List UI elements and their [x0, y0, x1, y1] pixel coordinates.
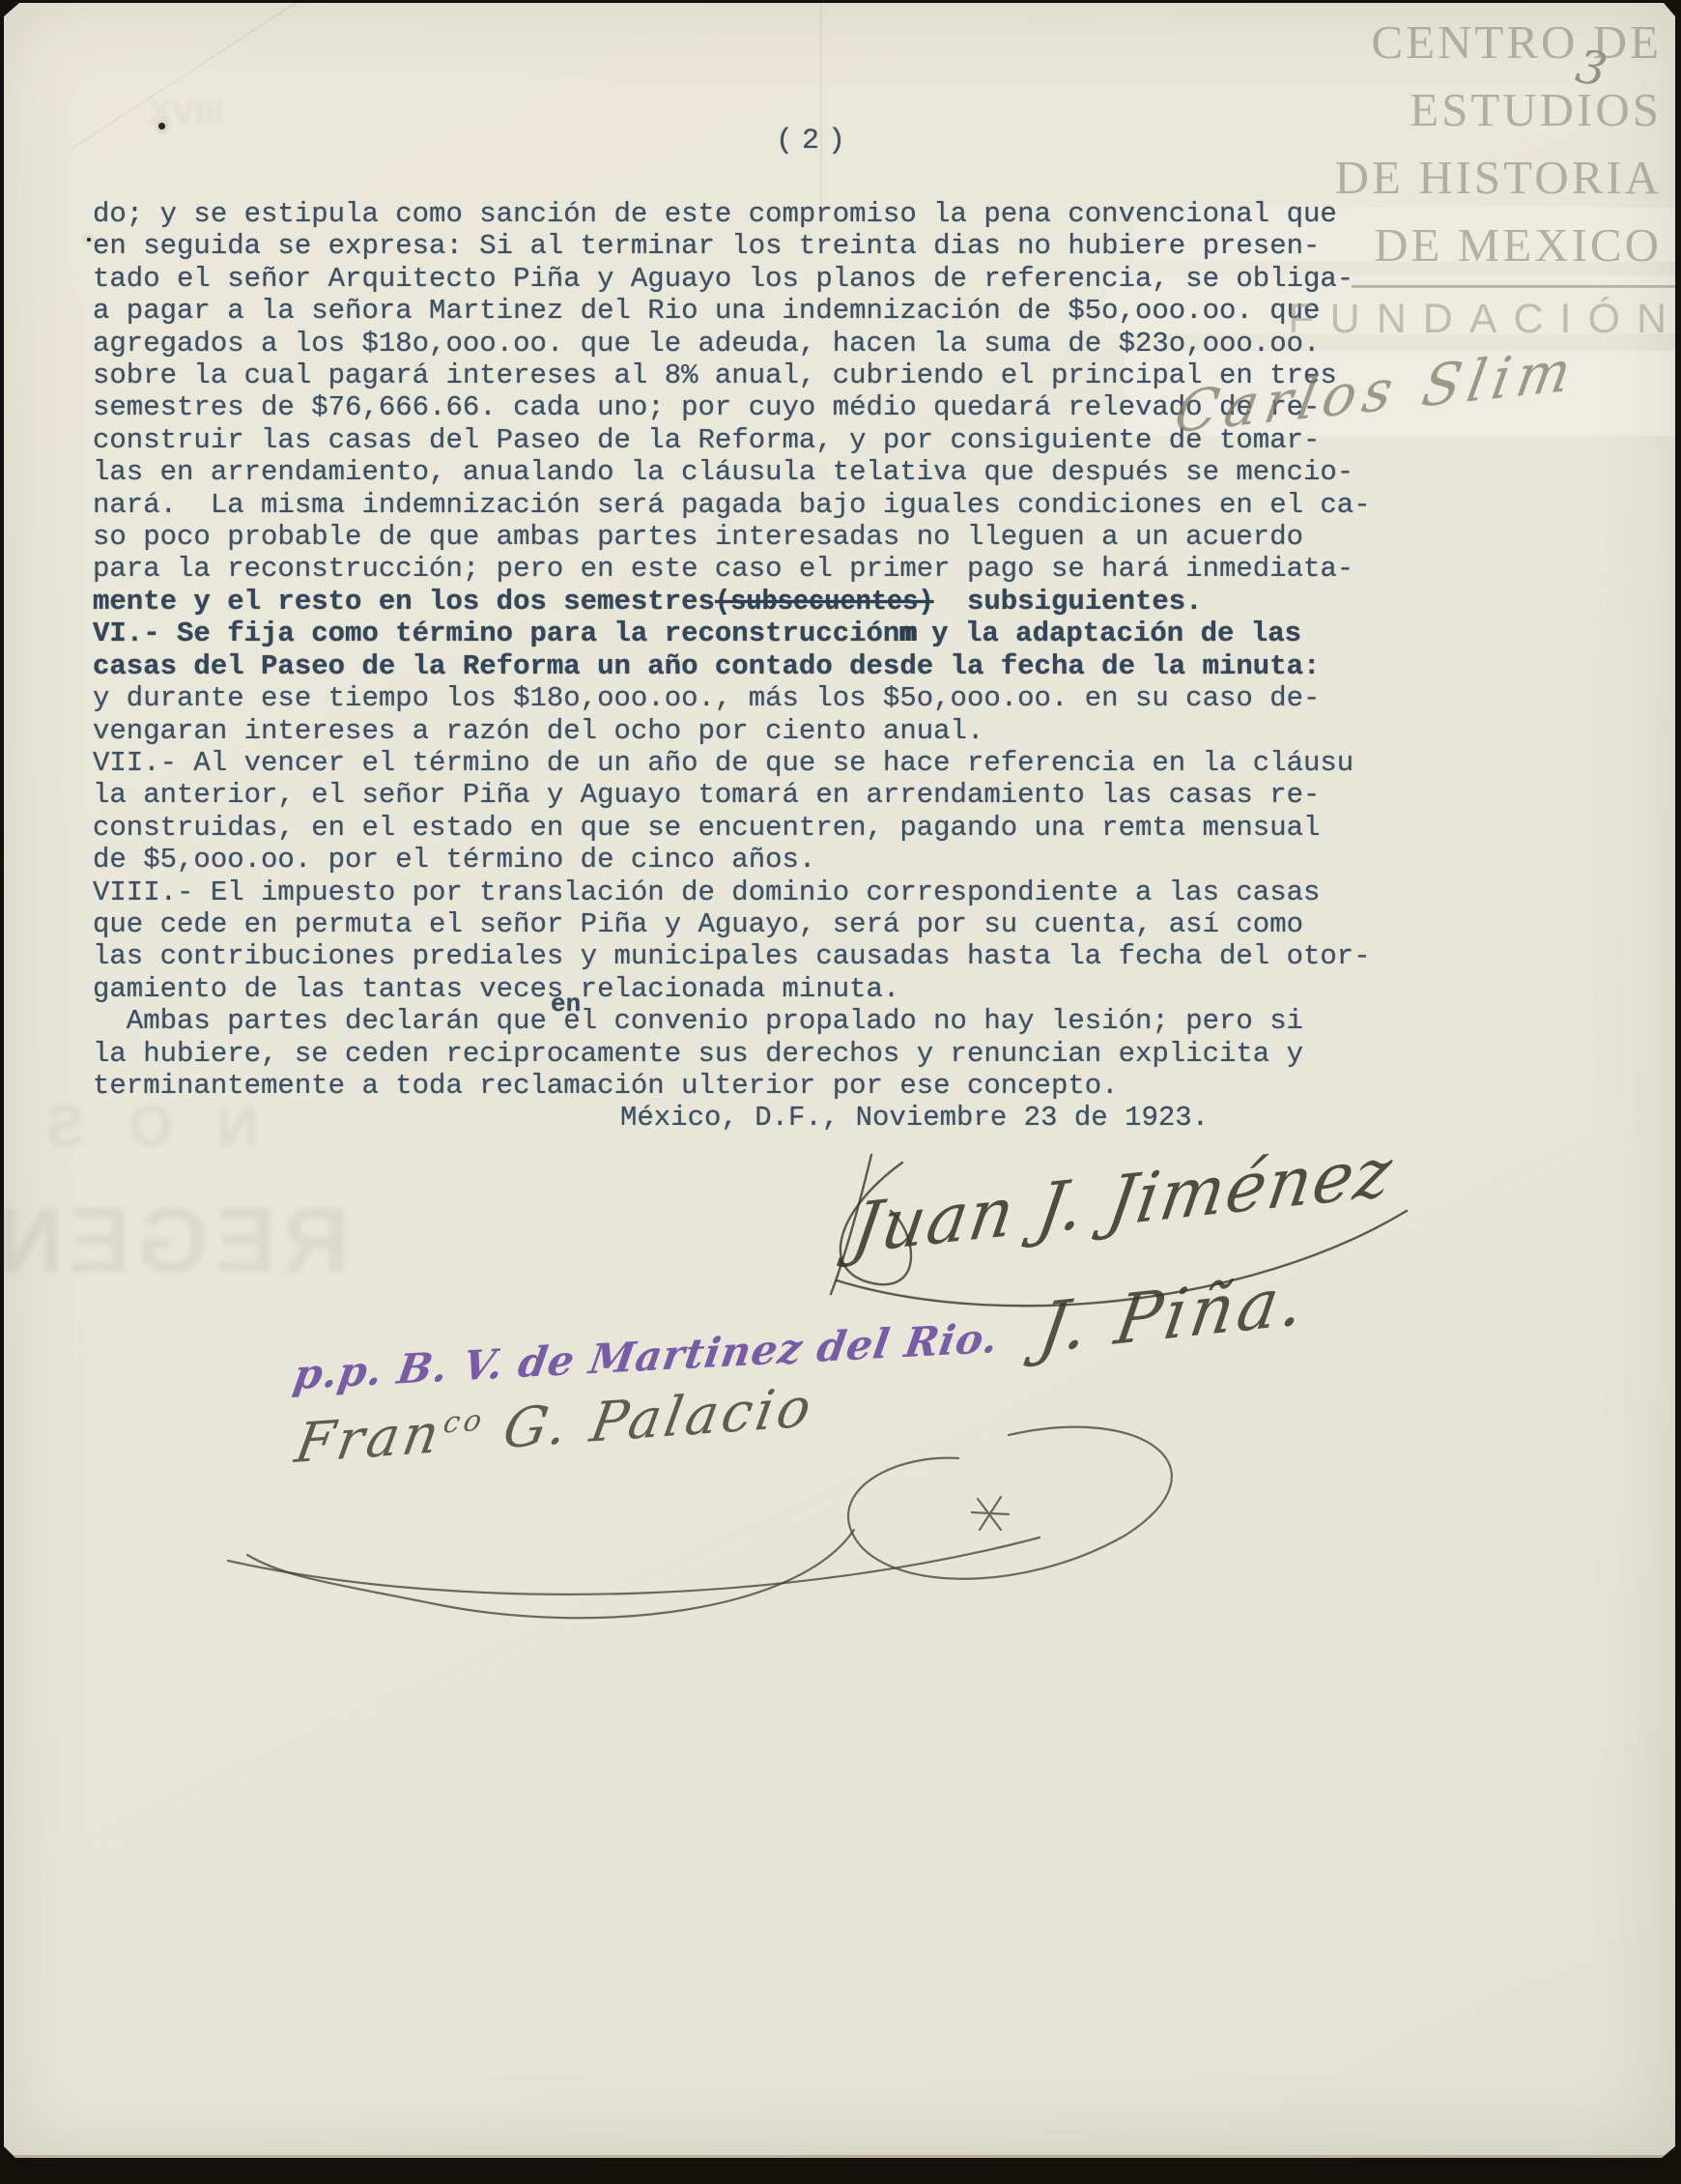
typewritten-line: la anterior, el señor Piña y Aguayo toma…: [93, 779, 1371, 811]
typewritten-line: so poco probable de que ambas partes int…: [93, 521, 1371, 553]
dateline: México, D.F., Noviembre 23 de 1923.: [93, 1102, 1371, 1134]
typewritten-line: VII.- Al vencer el término de un año de …: [93, 747, 1371, 779]
typewritten-line: construidas, en el estado en que se encu…: [93, 812, 1371, 844]
typewritten-line: la hubiere, se ceden reciprocamente sus …: [93, 1038, 1371, 1070]
typewritten-line: vengaran intereses a razón del ocho por …: [93, 715, 1371, 747]
signature-segment: G. Palacio: [477, 1376, 819, 1463]
typewritten-text: do; y se estipula como sanción de este c…: [93, 198, 1371, 1135]
typewritten-line: tado el señor Arquitecto Piña y Aguayo l…: [93, 263, 1371, 295]
line-segment: Ambas partes declarán que: [93, 1005, 547, 1037]
paper-bottom-edge: [4, 2155, 1675, 2158]
typewritten-line-with-insertion: Ambas partes declarán queen el convenio …: [93, 1005, 1371, 1037]
signature-segment: Fran: [291, 1402, 447, 1477]
typewritten-line: las en arrendamiento, anualando la cláus…: [93, 456, 1371, 488]
watermark-line: CENTRO DE: [1288, 9, 1675, 76]
line-segment: mente y el resto en los dos semestres: [93, 586, 715, 618]
watermark-line: ESTUDIOS: [1288, 76, 1675, 144]
signature-j-pina: J. Piña.: [1034, 1260, 1313, 1369]
document-page: XVIII N O S REGEN CENTRO DE ESTUDIOS DE …: [4, 3, 1675, 2158]
typewritten-line: do; y se estipula como sanción de este c…: [93, 198, 1371, 230]
typewritten-line: casas del Paseo de la Reforma un año con…: [93, 650, 1371, 682]
signature-superscript: co: [441, 1403, 488, 1441]
ink-bleedthrough-ghost: REGEN: [0, 1188, 349, 1294]
typewritten-line: VIII.- El impuesto por translación de do…: [93, 876, 1371, 908]
inserted-word-above-line: en: [551, 989, 581, 1020]
line-segment: VI.- Se fija como término para la recons…: [93, 618, 899, 649]
typewritten-line: terminantemente a toda reclamación ulter…: [93, 1070, 1371, 1102]
pinhole: [158, 123, 165, 129]
typewritten-line: sobre la cual pagará intereses al 8% anu…: [93, 359, 1371, 391]
typewritten-line: de $5,ooo.oo. por el término de cinco añ…: [93, 844, 1371, 876]
signature-juan-jimenez: Juan J. Jiménez: [847, 1132, 1399, 1269]
line-segment: y la adaptación de las: [915, 618, 1301, 649]
typewritten-line-with-overstrike: VI.- Se fija como término para la recons…: [93, 618, 1371, 649]
signature-martinez-del-rio: p.p. B. V. de Martinez del Rio.: [291, 1314, 1003, 1399]
typewritten-line: y durante ese tiempo los $18o,ooo.oo., m…: [93, 682, 1371, 714]
line-segment: subsiguientes.: [951, 586, 1203, 618]
pencil-folio-number: 3: [1572, 39, 1612, 98]
typewritten-line: agregados a los $18o,ooo.oo. que le adeu…: [93, 328, 1371, 359]
page-number: (2): [776, 125, 854, 158]
scanner-background: XVIII N O S REGEN CENTRO DE ESTUDIOS DE …: [0, 0, 1681, 2184]
typewritten-line: gamiento de las tantas veces relacionada…: [93, 973, 1371, 1005]
overstrike-blot: m: [899, 618, 914, 649]
paper-crease: [820, 3, 822, 211]
typewritten-line: a pagar a la señora Martinez del Rio una…: [93, 295, 1371, 327]
paper-crease: [71, 0, 396, 150]
typewritten-line: nará. La misma indemnización será pagada…: [93, 489, 1371, 521]
typewritten-line-with-strikeout: mente y el resto en los dos semestres(su…: [93, 586, 1371, 618]
typewritten-line: que cede en permuta el señor Piña y Agua…: [93, 908, 1371, 940]
typewritten-line: las contribuciones prediales y municipal…: [93, 940, 1371, 972]
paper-speck: [87, 238, 91, 242]
line-segment: el convenio propalado no hay lesión; per…: [547, 1005, 1303, 1037]
typewritten-line: en seguida se expresa: Si al terminar lo…: [93, 230, 1371, 262]
typewritten-line: para la reconstrucción; pero en este cas…: [93, 553, 1371, 585]
struck-out-text: (subsecuentes): [715, 586, 934, 618]
